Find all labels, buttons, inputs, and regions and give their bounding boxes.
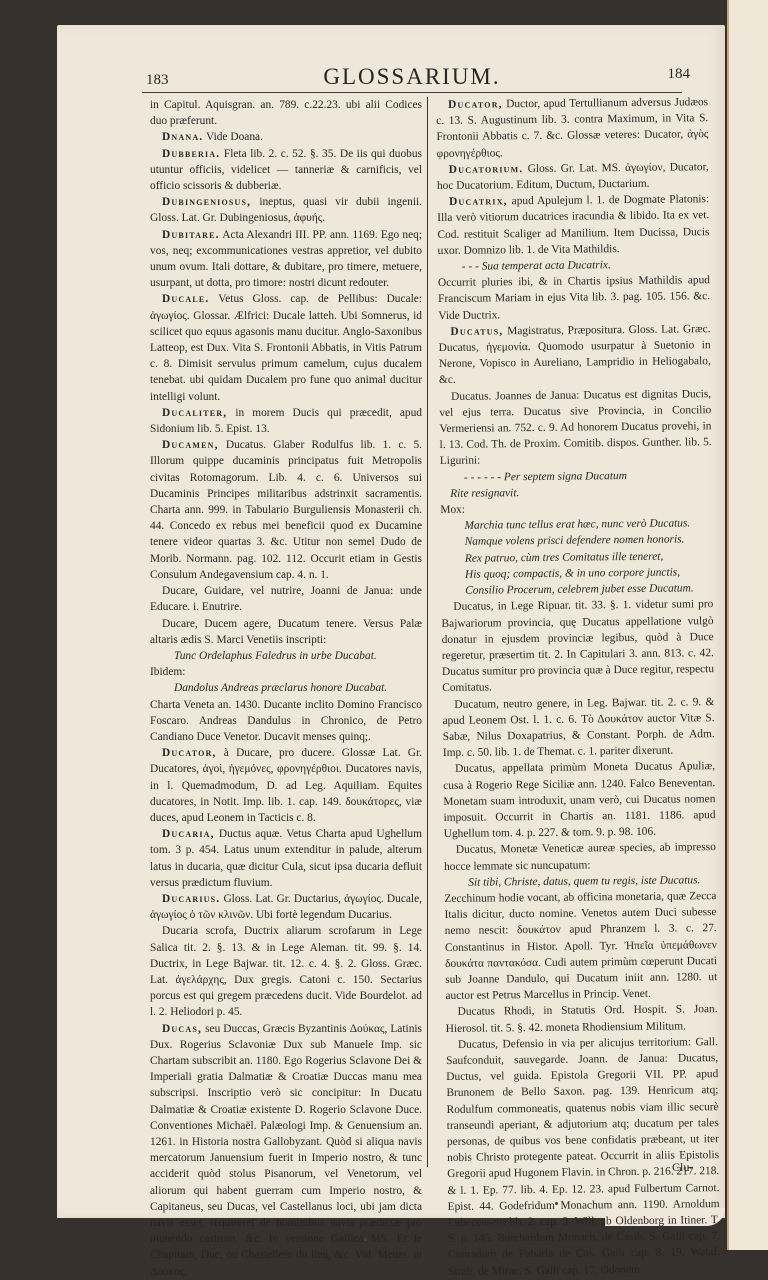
entry-text: Ducare, Ducem agere, Ducatum tenere. Ver… <box>150 618 422 646</box>
glossary-entry: Ducas, seu Duccas, Græcis Byzantinis Δού… <box>150 1021 422 1280</box>
glossary-entry: Ducatorium. Gloss. Gr. Lat. MS. ἀγωγίον,… <box>437 159 709 194</box>
running-title: GLOSSARIUM. <box>142 64 682 90</box>
entry-text: Ducatus, in Lege Ripuar. tit. 33. §. 1. … <box>441 598 714 694</box>
page-header: 183 GLOSSARIUM. 184 <box>142 64 682 93</box>
verse-quote: Dandolus Andreas præclarus honore Ducaba… <box>150 680 422 696</box>
entry-text: Mox: <box>440 504 465 516</box>
glossary-entry: Ducatum, neutro genere, in Leg. Bajwar. … <box>442 694 715 762</box>
entry-text: Ducatus, appellata primùm Moneta Ducatus… <box>443 760 715 840</box>
entry-text: Vide Doana. <box>203 131 263 143</box>
headword: Ducamen, <box>162 439 219 451</box>
entry-text: Vetus Gloss. cap. de Pellibus: Ducale: ἀ… <box>150 293 422 402</box>
text-paragraph: Occurrit pluries ibi, & in Chartis ipsiu… <box>438 272 710 323</box>
paper-spot <box>555 1202 558 1205</box>
headword: Ducaliter, <box>162 407 227 419</box>
entry-text: - - - Sua temperat acta Ducatrix. <box>462 259 611 273</box>
glossary-entry: Ducator, Ductor, apud Tertullianum adver… <box>436 94 709 162</box>
glossary-entry: Ducatus, Monetæ Veneticæ aureæ species, … <box>444 839 716 874</box>
headword: Dubitare. <box>162 229 220 241</box>
glossary-entry: Dubberia. Fleta lib. 2. c. 52. §. 35. De… <box>150 146 422 195</box>
glossary-entry: Ducatus, Defensio in via per alicujus te… <box>446 1034 721 1280</box>
entry-text: Dandolus Andreas præclarus honore Ducaba… <box>174 682 387 694</box>
glossary-entry: Ducaliter, in morem Ducis qui præcedit, … <box>150 405 422 437</box>
text-paragraph: Ibidem: <box>150 664 422 680</box>
entry-text: in Capitul. Aquisgran. an. 789. c.22.23.… <box>150 99 422 127</box>
entry-text: Consilio Procerum, celebrem jubet esse D… <box>465 582 694 596</box>
entry-text: Namque volens prisci defendere nomen hon… <box>465 534 685 548</box>
entry-text: Occurrit pluries ibi, & in Chartis ipsiu… <box>438 274 710 321</box>
headword: Dubingeniosus, <box>162 196 251 208</box>
paper-spot <box>364 1238 367 1241</box>
entry-text: seu Duccas, Græcis Byzantinis Δούκας, La… <box>150 1023 422 1278</box>
entry-text: Ducatus, Monetæ Veneticæ aureæ species, … <box>444 841 716 872</box>
glossary-entry: Ducatus, Magistratus, Præpositura. Gloss… <box>438 321 711 389</box>
entry-text: Rite resignavit. <box>450 487 519 500</box>
glossary-entry: Ducare, Guidare, vel nutrire, Joanni de … <box>150 583 422 615</box>
entry-text: Ducatus, Defensio in via per alicujus te… <box>446 1036 720 1278</box>
next-page-edge <box>727 0 768 1250</box>
text-paragraph: in Capitul. Aquisgran. an. 789. c.22.23.… <box>150 97 422 129</box>
text-paragraph: Charta Veneta an. 1430. Ducante inclito … <box>150 697 422 746</box>
entry-text: Tunc Ordelaphus Faledrus in urbe Ducabat… <box>174 650 377 662</box>
glossary-entry: Dnana. Vide Doana. <box>150 129 422 145</box>
entry-text: - - - - - - Per septem signa Ducatum <box>464 470 627 484</box>
glossary-entry: Ducatus, appellata primùm Moneta Ducatus… <box>443 758 716 842</box>
column-divider <box>427 97 428 1167</box>
entry-text: Ducatus. Glaber Rodulfus lib. 1. c. 5. I… <box>150 439 422 581</box>
glossary-entry: Ducamen, Ducatus. Glaber Rodulfus lib. 1… <box>150 437 422 583</box>
text-paragraph: Zecchinum hodie vocant, ab officina mone… <box>444 888 717 1004</box>
glossary-entry: Ducatus. Joannes de Janua: Ducatus est d… <box>439 386 712 470</box>
headword: Dubberia. <box>162 148 220 160</box>
verse-quote: Tunc Ordelaphus Faledrus in urbe Ducabat… <box>150 648 422 664</box>
glossary-entry: Ducator, à Ducare, pro ducere. Glossæ La… <box>150 745 422 826</box>
entry-text: Rex patruo, cùm tres Comitatus ille tene… <box>465 550 664 564</box>
glossary-entry: Ducale. Vetus Gloss. cap. de Pellibus: D… <box>150 291 422 404</box>
entry-text: Ducare, Guidare, vel nutrire, Joanni de … <box>150 585 422 613</box>
glossary-entry: Ducatrix, apud Apulejum l. 1. de Dogmate… <box>437 191 710 259</box>
glossary-entry: Ducaria, Ductus aquæ. Vetus Charta apud … <box>150 826 422 891</box>
glossary-entry: Ducarius. Gloss. Lat. Gr. Ductarius, ἀγω… <box>150 891 422 923</box>
headword: Ducaria, <box>162 828 215 840</box>
headword: Dnana. <box>162 131 203 143</box>
entry-text: Ducaria scrofa, Ductrix aliarum scrofaru… <box>150 925 422 1018</box>
right-column: Ducator, Ductor, apud Tertullianum adver… <box>436 94 720 1280</box>
headword: Ducarius. <box>162 893 220 905</box>
entry-text: Charta Veneta an. 1430. Ducante inclito … <box>150 699 422 743</box>
catchword: Clu- <box>672 1160 693 1175</box>
entry-text: Ibidem: <box>150 666 185 678</box>
entry-text: Zecchinum hodie vocant, ab officina mone… <box>444 890 717 1002</box>
entry-text: Ducatus. Joannes de Janua: Ducatus est d… <box>439 388 711 468</box>
glossary-entry: Dubitare. Acta Alexandri III. PP. ann. 1… <box>150 227 422 292</box>
headword: Ducatorium. <box>449 163 524 176</box>
entry-text: Ducatum, neutro genere, in Leg. Bajwar. … <box>442 696 714 759</box>
page-number-right: 184 <box>668 66 691 83</box>
entry-text: Ducatus Rhodi, in Statutis Ord. Hospit. … <box>446 1003 718 1034</box>
headword: Ducas, <box>162 1023 202 1035</box>
glossary-entry: Ducatus Rhodi, in Statutis Ord. Hospit. … <box>446 1001 718 1036</box>
left-column: in Capitul. Aquisgran. an. 789. c.22.23.… <box>150 97 422 1280</box>
headword: Ducator, <box>448 98 503 111</box>
headword: Ducale. <box>162 293 209 305</box>
entry-text: Sit tibi, Christe, datus, quem tu regis,… <box>468 874 700 888</box>
verse-quote: Namque volens prisci defendere nomen hon… <box>441 532 713 551</box>
headword: Ducatrix, <box>449 195 508 208</box>
entry-text: Marchia tunc tellus erat hæc, nunc verò … <box>464 518 690 532</box>
headword: Ducator, <box>162 747 217 759</box>
glossary-entry: Ducare, Ducem agere, Ducatum tenere. Ver… <box>150 616 422 648</box>
glossary-entry: Dubingeniosus, ineptus, quasi vir dubii … <box>150 194 422 226</box>
glossary-entry: Ducaria scrofa, Ductrix aliarum scrofaru… <box>150 923 422 1020</box>
entry-text: His quoq; compactis, & in uno corpore ju… <box>465 566 680 580</box>
glossary-entry: Ducatus, in Lege Ripuar. tit. 33. §. 1. … <box>441 596 714 696</box>
headword: Ducatus, <box>450 325 503 338</box>
